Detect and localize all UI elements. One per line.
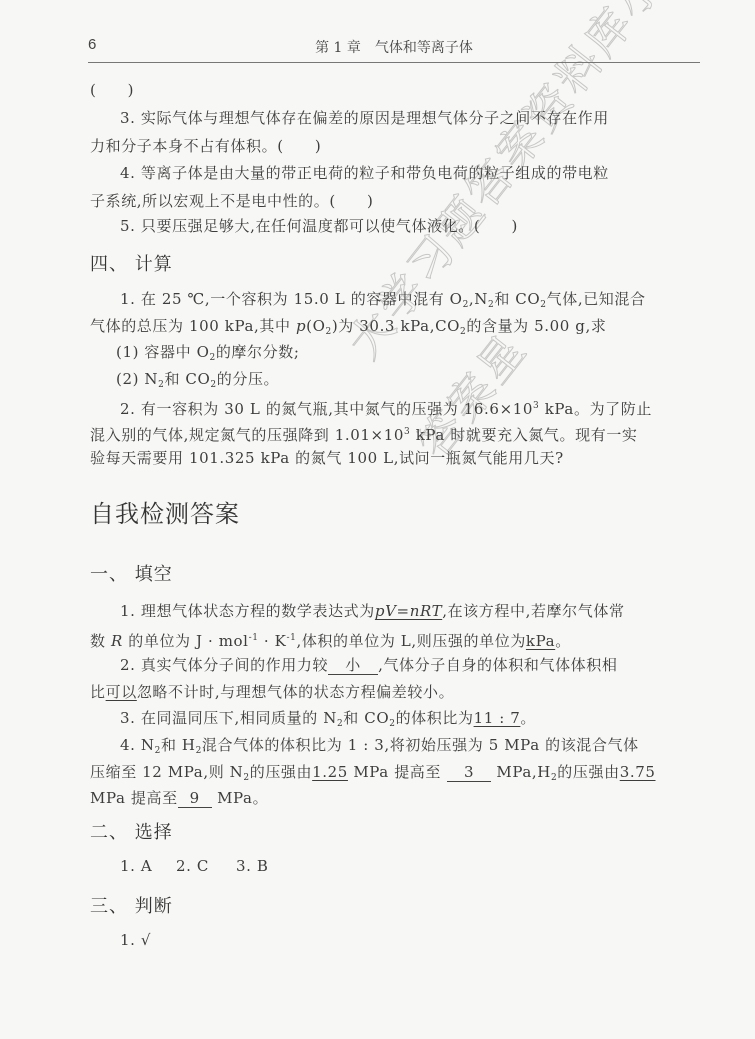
fill-a2-line1: 2. 真实气体分子间的作用力较小,气体分子自身的体积和气体体积相 xyxy=(120,655,617,675)
document-page: 6 第 1 章 气体和等离子体 ( ) 3. 实际气体与理想气体存在偏差的原因是… xyxy=(0,0,755,1039)
judge-answer-1: 1. √ xyxy=(120,930,151,950)
fill-a2-blank: 小 xyxy=(328,656,378,675)
judge-q4-line2: 子系统,所以宏观上不是电中性的。( ) xyxy=(90,191,373,211)
calc-p2-line3: 验每天需要用 101.325 kPa 的氮气 100 L,试问一瓶氮气能用几天? xyxy=(90,448,564,468)
fill-a2-line2: 比可以忽略不计时,与理想气体的状态方程偏差较小。 xyxy=(90,682,454,702)
judge-q3-line2: 力和分子本身不占有体积。( ) xyxy=(90,136,321,156)
calc-heading: 四、 计算 xyxy=(90,250,173,276)
fill-a4-blank4: 9 xyxy=(178,789,212,808)
judge-q4-line1: 4. 等离子体是由大量的带正电荷的粒子和带负电荷的粒子组成的带电粒 xyxy=(120,163,609,183)
choice-answer-1: 1. A xyxy=(120,856,152,876)
choice-answer-2: 2. C xyxy=(176,856,209,876)
answers-title: 自我检测答案 xyxy=(90,494,240,529)
calc-p2-line2: 混入别的气体,规定氮气的压强降到 1.01×103 kPa 时就要充入氮气。现有… xyxy=(90,422,638,445)
choice-heading: 二、 选择 xyxy=(90,818,173,844)
judge-q5-line1: 5. 只要压强足够大,在任何温度都可以使气体液化。( ) xyxy=(120,216,518,236)
fill-a4-line2: 压缩至 12 MPa,则 N2的压强由1.25 MPa 提高至3 MPa,H2的… xyxy=(90,762,656,788)
fill-a4-blank2: 3 xyxy=(447,763,491,782)
calc-p2-line1: 2. 有一容积为 30 L 的氮气瓶,其中氮气的压强为 16.6×103 kPa… xyxy=(120,396,652,419)
continuation-parens: ( ) xyxy=(90,80,134,100)
fill-a1-line1: 1. 理想气体状态方程的数学表达式为pV=nRT,在该方程中,若摩尔气体常 xyxy=(120,601,625,621)
fill-a2-blank2: 可以 xyxy=(106,683,137,701)
header-rule xyxy=(88,62,700,63)
fill-a4-line1: 4. N2和 H2混合气体的体积比为 1 : 3,将初始压强为 5 MPa 的该… xyxy=(120,735,639,761)
page-header: 6 第 1 章 气体和等离子体 xyxy=(88,34,700,60)
fill-a4-line3: MPa 提高至9 MPa。 xyxy=(90,788,268,808)
calc-p1-line2: 气体的总压为 100 kPa,其中 p(O2)为 30.3 kPa,CO2的含量… xyxy=(90,316,606,342)
fill-a1-unit: kPa xyxy=(526,632,555,650)
fill-a1-line2: 数 R 的单位为 J · mol-1 · K-1,体积的单位为 L,则压强的单位… xyxy=(90,628,571,651)
fill-a1-answer: pV=nRT xyxy=(375,602,442,620)
fill-a3: 3. 在同温同压下,相同质量的 N2和 CO2的体积比为11 : 7。 xyxy=(120,708,536,734)
fill-a4-blank3: 3.75 xyxy=(620,763,656,781)
running-title: 第 1 章 气体和等离子体 xyxy=(88,37,700,57)
judge-heading: 三、 判断 xyxy=(90,892,173,918)
choice-answer-3: 3. B xyxy=(236,856,269,876)
calc-p1-sub2: (2) N2和 CO2的分压。 xyxy=(116,369,279,395)
calc-p1-line1: 1. 在 25 ℃,一个容积为 15.0 L 的容器中混有 O2,N2和 CO2… xyxy=(120,289,646,315)
fill-a4-blank1: 1.25 xyxy=(312,763,348,781)
fill-heading: 一、 填空 xyxy=(90,560,173,586)
fill-a3-answer: 11 : 7 xyxy=(474,709,521,727)
judge-q3-line1: 3. 实际气体与理想气体存在偏差的原因是理想气体分子之间不存在作用 xyxy=(120,108,609,128)
calc-p1-sub1: (1) 容器中 O2的摩尔分数; xyxy=(116,342,299,368)
